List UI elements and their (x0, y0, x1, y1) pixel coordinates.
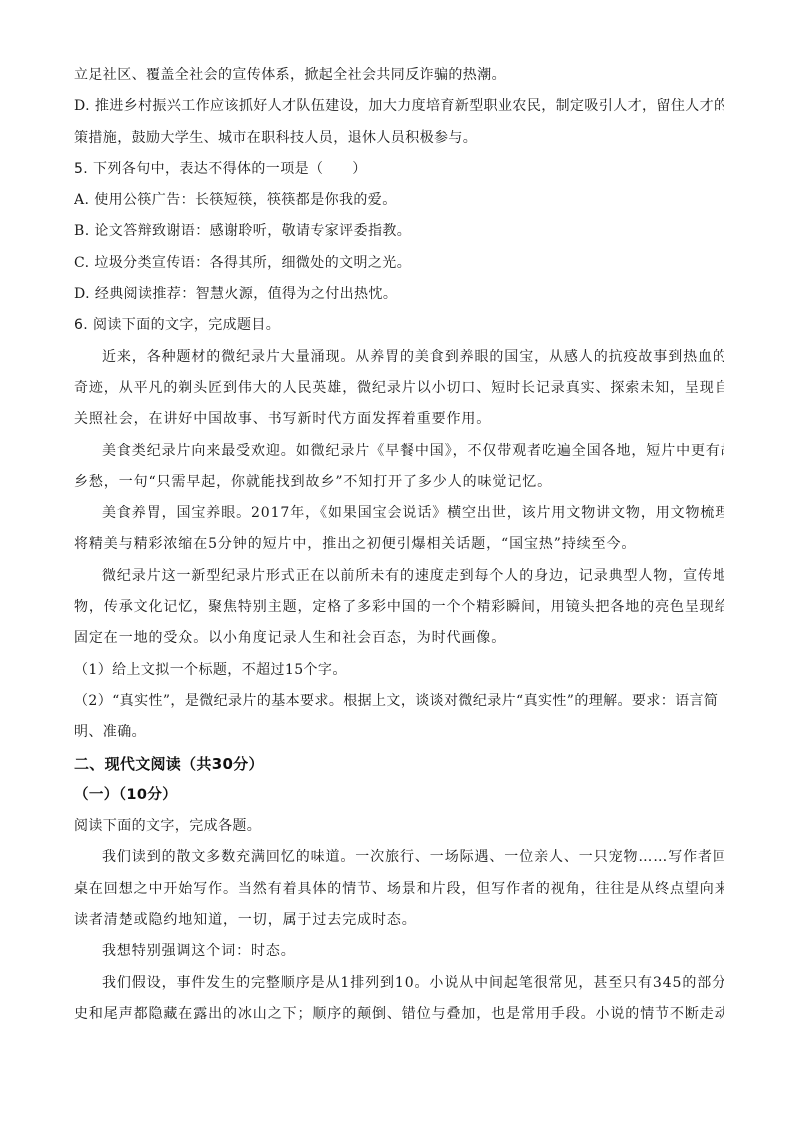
question-6-sub-1: （1）给上文拟一个标题，不超过15个字。 (74, 655, 724, 686)
section-instruction: 阅读下面的文字，完成各题。 (74, 811, 724, 842)
question-5-option-d: D. 经典阅读推荐：智慧火源，值得为之付出热忱。 (74, 279, 724, 310)
q4-option-c-continuation: 立足社区、覆盖全社会的宣传体系，掀起全社会共同反诈骗的热潮。 (74, 60, 724, 91)
passage-paragraph-3-line: 将精美与精彩浓缩在5分钟的短片中，推出之初便引爆相关话题，“国宝热”持续至今。 (74, 529, 724, 560)
section-heading: 二、现代文阅读（共30分） (74, 749, 724, 780)
passage-paragraph-4-line: 物，传承文化记忆，聚焦特别主题，定格了多彩中国的一个个精彩瞬间，用镜头把各地的亮… (74, 592, 724, 623)
question-5-stem: 5. 下列各句中，表达不得体的一项是（ ） (74, 154, 724, 185)
passage-paragraph-2-line: 乡愁，一句“只需早起，你就能找到故乡”不知打开了多少人的味觉记忆。 (74, 467, 724, 498)
q4-option-d-line2: 策措施，鼓励大学生、城市在职科技人员，退休人员积极参与。 (74, 123, 724, 154)
essay-paragraph-3-line: 我们假设，事件发生的完整顺序是从1排列到10。小说从中间起笔很常见，甚至只有34… (74, 968, 724, 999)
essay-paragraph-1-line: 桌在回想之中开始写作。当然有着具体的情节、场景和片段，但写作者的视角，往往是从终… (74, 874, 724, 905)
q4-option-d-line1: D. 推进乡村振兴工作应该抓好人才队伍建设，加大力度培育新型职业农民，制定吸引人… (74, 91, 724, 122)
passage-paragraph-1-line: 关照社会，在讲好中国故事、书写新时代方面发挥着重要作用。 (74, 404, 724, 435)
passage-paragraph-1-line: 奇迹，从平凡的剃头匠到伟大的人民英雄，微纪录片以小切口、短时长记录真实、探索未知… (74, 373, 724, 404)
passage-paragraph-3-line: 美食养胃，国宝养眼。2017年，《如果国宝会说话》横空出世，该片用文物讲文物，用… (74, 498, 724, 529)
section-subheading: （一）（10分） (74, 780, 724, 811)
question-5-option-a: A. 使用公筷广告：长筷短筷，筷筷都是你我的爱。 (74, 185, 724, 216)
question-6-stem: 6. 阅读下面的文字，完成题目。 (74, 310, 724, 341)
passage-paragraph-4-line: 微纪录片这一新型纪录片形式正在以前所未有的速度走到每个人的身边，记录典型人物，宣… (74, 561, 724, 592)
passage-paragraph-4-line: 固定在一地的受众。以小角度记录人生和社会百态，为时代画像。 (74, 623, 724, 654)
essay-paragraph-2-line: 我想特别强调这个词：时态。 (74, 936, 724, 967)
essay-paragraph-1-line: 我们读到的散文多数充满回忆的味道。一次旅行、一场际遇、一位亲人、一只宠物……写作… (74, 842, 724, 873)
document-page: 立足社区、覆盖全社会的宣传体系，掀起全社会共同反诈骗的热潮。 D. 推进乡村振兴… (74, 60, 724, 1030)
question-6-sub-2-line1: （2）“真实性”，是微纪录片的基本要求。根据上文，谈谈对微纪录片“真实性”的理解… (74, 686, 724, 717)
question-5-option-c: C. 垃圾分类宣传语：各得其所，细微处的文明之光。 (74, 248, 724, 279)
essay-paragraph-1-line: 读者清楚或隐约地知道，一切，属于过去完成时态。 (74, 905, 724, 936)
question-6-sub-2-line2: 明、准确。 (74, 717, 724, 748)
question-5-option-b: B. 论文答辩致谢语：感谢聆听，敬请专家评委指教。 (74, 216, 724, 247)
essay-paragraph-3-line: 史和尾声都隐藏在露出的冰山之下；顺序的颠倒、错位与叠加，也是常用手段。小说的情节… (74, 999, 724, 1030)
passage-paragraph-1-line: 近来，各种题材的微纪录片大量涌现。从养胃的美食到养眼的国宝，从感人的抗疫故事到热… (74, 342, 724, 373)
passage-paragraph-2-line: 美食类纪录片向来最受欢迎。如微纪录片《早餐中国》，不仅带观者吃遍全国各地，短片中… (74, 436, 724, 467)
